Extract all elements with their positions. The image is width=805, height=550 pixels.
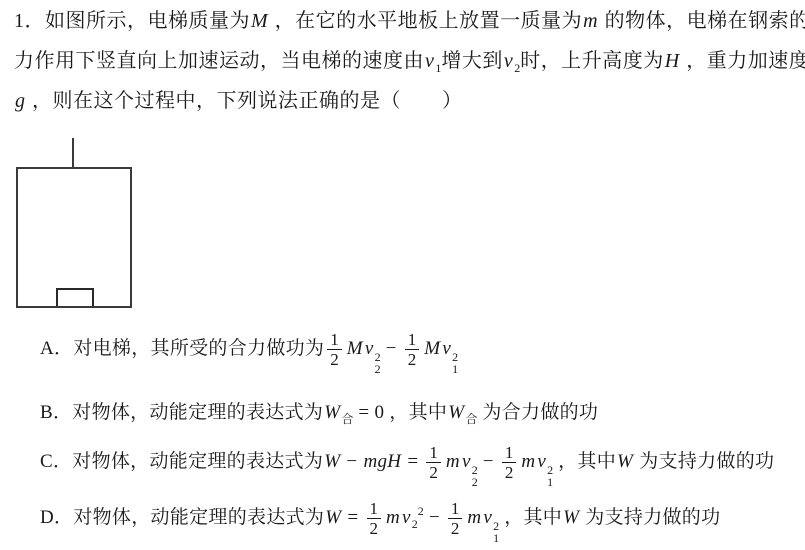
text-run: 1．如图所示，电梯质量为 <box>14 10 250 32</box>
text-run: − <box>424 507 445 528</box>
physics-problem-page: 1．如图所示，电梯质量为M ，在它的水平地板上放置一质量为m 的物体，电梯在钢索… <box>0 0 805 550</box>
math-variable: v <box>503 50 514 72</box>
math-subscript: 2 <box>375 363 381 375</box>
fraction-numerator: 1 <box>367 499 382 518</box>
fraction-numerator: 1 <box>502 443 517 462</box>
math-variable: v <box>424 50 435 72</box>
math-variable: m <box>445 451 461 472</box>
fraction-numerator: 1 <box>448 499 463 518</box>
text-run: 为支持力做的功 <box>634 451 774 472</box>
math-variable: W <box>323 451 341 472</box>
fraction-numerator: 1 <box>426 443 441 462</box>
text-run: = <box>402 451 423 472</box>
text-run: ，在它的水平地板上放置一质量为 <box>269 10 582 32</box>
math-variable: g <box>14 90 27 112</box>
math-variable: W <box>323 402 341 423</box>
fraction-denominator: 2 <box>327 349 342 369</box>
math-fraction: 12 <box>367 499 382 538</box>
text-run: 时，上升高度为 <box>520 50 664 72</box>
math-variable: v <box>482 507 493 528</box>
text-run: = 0 ，其中 <box>353 402 447 423</box>
object-box <box>56 288 94 306</box>
text-run: 的物体，电梯在钢索的拉 <box>599 10 805 32</box>
math-variable: v <box>441 338 452 359</box>
elevator-cable-line <box>72 138 74 168</box>
math-subsup-stack: 21 <box>452 351 458 375</box>
text-run: ，其中 <box>553 451 616 472</box>
math-subscript: 1 <box>547 476 553 488</box>
math-variable: M <box>423 338 441 359</box>
fraction-denominator: 2 <box>448 518 463 538</box>
fraction-denominator: 2 <box>367 518 382 538</box>
problem-statement-line-2: 力作用下竖直向上加速运动，当电梯的速度由v1增大到v2时，上升高度为H ，重力加… <box>14 48 805 81</box>
math-variable: m <box>520 451 536 472</box>
math-variable: m <box>466 507 482 528</box>
text-run: B．对物体，动能定理的表达式为 <box>40 402 323 423</box>
math-variable: W <box>447 402 465 423</box>
math-variable: mgH <box>362 451 402 472</box>
math-variable: H <box>664 50 681 72</box>
text-run: 为合力做的功 <box>477 402 598 423</box>
math-variable: M <box>346 338 364 359</box>
math-variable: v <box>401 507 412 528</box>
fraction-denominator: 2 <box>405 349 420 369</box>
math-fraction: 12 <box>426 443 441 482</box>
text-run: = <box>342 507 363 528</box>
text-run: 力作用下竖直向上加速运动，当电梯的速度由 <box>14 50 424 72</box>
text-run: ，重力加速度为 <box>681 50 805 72</box>
math-variable: v <box>364 338 375 359</box>
math-fraction: 12 <box>502 443 517 482</box>
math-subscript: 2 <box>412 517 418 531</box>
math-subscript: 2 <box>472 476 478 488</box>
elevator-box <box>16 167 132 308</box>
fraction-numerator: 1 <box>405 330 420 349</box>
text-run: − <box>381 338 402 359</box>
problem-statement-line-3: g ，则在这个过程中，下列说法正确的是（ ） <box>14 88 463 114</box>
text-run: 为支持力做的功 <box>580 507 720 528</box>
math-variable: W <box>616 451 634 472</box>
option-b: B．对物体，动能定理的表达式为W合 = 0 ，其中W合 为合力做的功 <box>40 400 598 432</box>
math-variable: m <box>385 507 401 528</box>
math-variable: W <box>324 507 342 528</box>
math-fraction: 12 <box>405 330 420 369</box>
math-variable: v <box>461 451 472 472</box>
fraction-denominator: 2 <box>502 462 517 482</box>
text-run: ，其中 <box>499 507 562 528</box>
problem-statement-line-1: 1．如图所示，电梯质量为M ，在它的水平地板上放置一质量为m 的物体，电梯在钢索… <box>14 8 805 34</box>
math-subscript: 1 <box>493 532 499 544</box>
option-a: A．对电梯，其所受的合力做功为12Mv22 − 12Mv21 <box>40 330 458 375</box>
fraction-denominator: 2 <box>426 462 441 482</box>
math-fraction: 12 <box>448 499 463 538</box>
option-d: D．对物体，动能定理的表达式为W = 12mv22 − 12mv21 ，其中W … <box>40 498 720 544</box>
math-variable: W <box>562 507 580 528</box>
math-subscript: 合 <box>465 412 477 426</box>
text-run: D．对物体，动能定理的表达式为 <box>40 507 324 528</box>
text-run: − <box>341 451 362 472</box>
text-run: 增大到 <box>441 50 503 72</box>
math-variable: M <box>250 10 269 32</box>
text-run: C．对物体，动能定理的表达式为 <box>40 451 323 472</box>
fraction-numerator: 1 <box>327 330 342 349</box>
elevator-diagram <box>0 130 200 315</box>
option-c: C．对物体，动能定理的表达式为W − mgH = 12mv22 − 12mv21… <box>40 443 774 488</box>
math-variable: v <box>536 451 547 472</box>
text-run: − <box>478 451 499 472</box>
math-variable: m <box>582 10 599 32</box>
math-subscript: 1 <box>452 363 458 375</box>
math-fraction: 12 <box>327 330 342 369</box>
text-run: A．对电梯，其所受的合力做功为 <box>40 338 324 359</box>
text-run: ，则在这个过程中，下列说法正确的是（ ） <box>27 90 463 112</box>
math-subscript: 合 <box>341 412 353 426</box>
